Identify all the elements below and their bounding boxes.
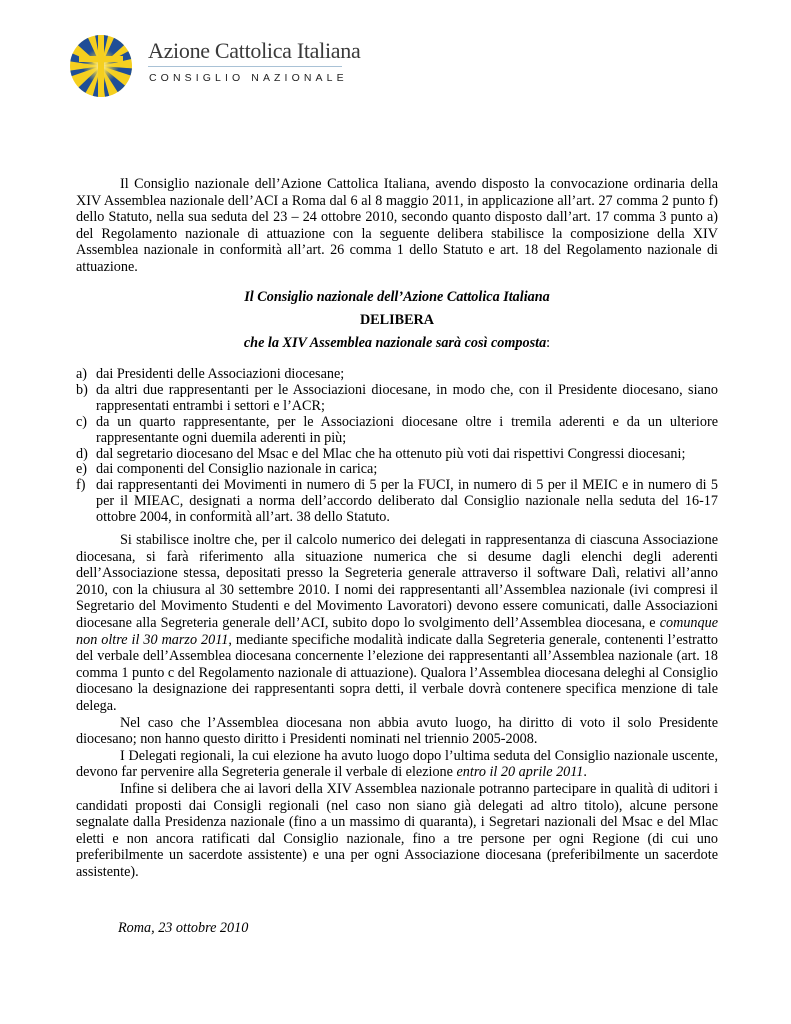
resolution-verb: DELIBERA xyxy=(76,312,718,329)
body-paragraphs: Si stabilisce inoltre che, per il calcol… xyxy=(76,532,718,880)
paragraph-text: Si stabilisce inoltre che, per il calcol… xyxy=(76,532,718,631)
paragraph-text: . xyxy=(583,764,587,780)
regional-delegates-paragraph: I Delegati regionali, la cui elezione ha… xyxy=(76,748,718,781)
list-item: d)dal segretario diocesano del Msac e de… xyxy=(76,447,718,463)
document-page: Azione Cattolica Italiana CONSIGLIO NAZI… xyxy=(0,0,791,1024)
list-item: c)da un quarto rappresentante, per le As… xyxy=(76,415,718,447)
cross-rays-logo-icon xyxy=(69,34,133,98)
list-item-text: da un quarto rappresentante, per le Asso… xyxy=(96,414,718,446)
list-item-text: dai componenti del Consiglio nazionale i… xyxy=(96,461,377,477)
composition-list-section: a)dai Presidenti delle Associazioni dioc… xyxy=(76,367,718,526)
list-item: b)da altri due rappresentanti per le Ass… xyxy=(76,383,718,415)
list-marker: b) xyxy=(76,383,88,399)
resolution-subheading-line: che la XIV Assemblea nazionale sarà così… xyxy=(76,335,718,352)
list-marker: c) xyxy=(76,415,87,431)
no-assembly-paragraph: Nel caso che l’Assemblea diocesana non a… xyxy=(76,715,718,748)
delegate-calculation-paragraph: Si stabilisce inoltre che, per il calcol… xyxy=(76,532,718,715)
auditors-paragraph: Infine si delibera che ai lavori della X… xyxy=(76,781,718,881)
intro-paragraph: Il Consiglio nazionale dell’Azione Catto… xyxy=(76,176,718,276)
list-item: a)dai Presidenti delle Associazioni dioc… xyxy=(76,367,718,383)
list-item-text: dai Presidenti delle Associazioni dioces… xyxy=(96,366,344,382)
letterhead-divider xyxy=(148,66,342,67)
list-item-text: dal segretario diocesano del Msac e del … xyxy=(96,446,685,462)
composition-list: a)dai Presidenti delle Associazioni dioc… xyxy=(76,367,718,526)
list-marker: a) xyxy=(76,367,87,383)
list-marker: d) xyxy=(76,447,88,463)
list-item: e)dai componenti del Consiglio nazionale… xyxy=(76,462,718,478)
organization-name: Azione Cattolica Italiana xyxy=(148,38,360,64)
resolution-heading: Il Consiglio nazionale dell’Azione Catto… xyxy=(76,289,718,306)
paragraph-text: I Delegati regionali, la cui elezione ha… xyxy=(76,748,718,781)
azione-cattolica-logo-icon xyxy=(69,34,133,98)
organization-subtitle: CONSIGLIO NAZIONALE xyxy=(149,72,348,84)
list-item-text: dai rappresentanti dei Movimenti in nume… xyxy=(96,477,718,525)
list-marker: e) xyxy=(76,462,87,478)
list-item: f)dai rappresentanti dei Movimenti in nu… xyxy=(76,478,718,526)
intro-section: Il Consiglio nazionale dell’Azione Catto… xyxy=(76,176,718,276)
list-item-text: da altri due rappresentanti per le Assoc… xyxy=(96,382,718,414)
place-date: Roma, 23 ottobre 2010 xyxy=(118,920,418,937)
list-marker: f) xyxy=(76,478,85,494)
resolution-subheading-colon: : xyxy=(546,335,550,351)
deadline-emphasis: entro il 20 aprile 2011 xyxy=(457,764,584,780)
resolution-subheading: che la XIV Assemblea nazionale sarà così… xyxy=(244,335,546,351)
resolution-heading-block: Il Consiglio nazionale dell’Azione Catto… xyxy=(76,289,718,352)
